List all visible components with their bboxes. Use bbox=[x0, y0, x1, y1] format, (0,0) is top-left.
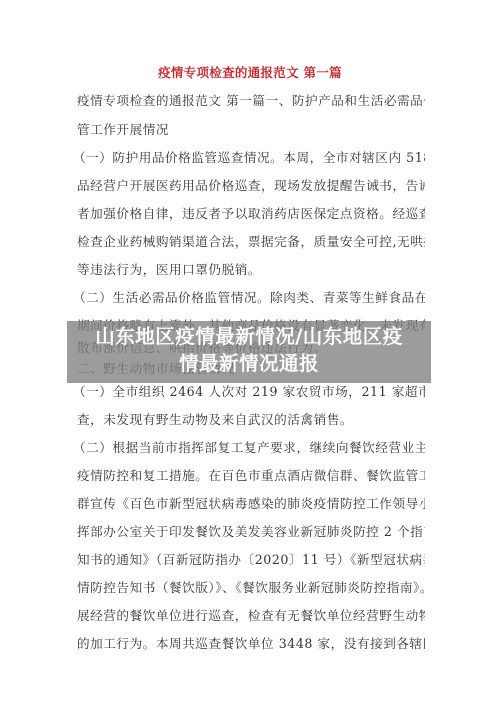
paragraph-line: （二）根据当前市指挥部复工复产要求，继续向餐饮经营业主宣传 bbox=[73, 440, 425, 456]
paragraph-line: （一）防护用品价格监管巡查情况。本周，全市对辖区内 518 个药 bbox=[73, 150, 425, 166]
paragraph-line: 情防控告知书（餐饮版）》、《餐饮服务业新冠肺炎防控指南》。对开 bbox=[77, 580, 425, 596]
paragraph-line: 品经营户开展医药用品价格巡查，现场发放提醒告诫书，告诫经营 bbox=[77, 178, 425, 194]
paragraph-line: （一）全市组织 2464 人次对 219 家农贸市场，211 家超市进行检 bbox=[73, 384, 425, 400]
paragraph-line: 管工作开展情况 bbox=[77, 122, 425, 138]
headline-line-2: 情最新情况通报 bbox=[67, 350, 431, 377]
paragraph-line: 查，未发现有野生动物及来自武汉的活禽销售。 bbox=[77, 412, 425, 428]
paragraph-line: 等违法行为，医用口罩仍脱销。 bbox=[77, 262, 425, 278]
paragraph-line: 挥部办公室关于印发餐饮及美发美容业新冠肺炎防控 2 个指南及告 bbox=[77, 524, 425, 540]
paragraph-line: 群宣传《百色市新型冠状病毒感染的肺炎疫情防控工作领导小组指 bbox=[77, 496, 425, 512]
paragraph-line: 的加工行为。本周共巡查餐饮单位 3448 家，没有接到各辖区餐饮单 bbox=[77, 636, 425, 652]
document-title: 疫情专项检查的通报范文 第一篇 bbox=[0, 63, 500, 81]
headline-line-1: 山东地区疫情最新情况/山东地区疫 bbox=[67, 323, 431, 350]
paragraph-line: 知书的通知》（百新冠防指办〔2020〕11 号）《新型冠状病毒肺炎疫 bbox=[77, 552, 425, 568]
paragraph-line: （二）生活必需品价格监管情况。除肉类、青菜等生鲜食品在疫情 bbox=[73, 290, 425, 306]
headline-overlay-text: 山东地区疫情最新情况/山东地区疫 情最新情况通报 bbox=[67, 323, 431, 377]
paragraph-line: 疫情防控和复工措施。在百色市重点酒店微信群、餐饮监管工作 QQ bbox=[77, 468, 425, 484]
paragraph-line: 展经营的餐饮单位进行巡查，检查有无餐饮单位经营野生动物活体 bbox=[77, 608, 425, 624]
paragraph-line: 疫情专项检查的通报范文 第一篇一、防护产品和生活必需品价格监 bbox=[77, 93, 425, 109]
paragraph-line: 者加强价格自律，违反者予以取消药店医保定点资格。经巡查，所 bbox=[77, 206, 425, 222]
paragraph-line: 检查企业药械购销渠道合法，票据完备，质量安全可控,无哄抬物价 bbox=[77, 234, 425, 250]
